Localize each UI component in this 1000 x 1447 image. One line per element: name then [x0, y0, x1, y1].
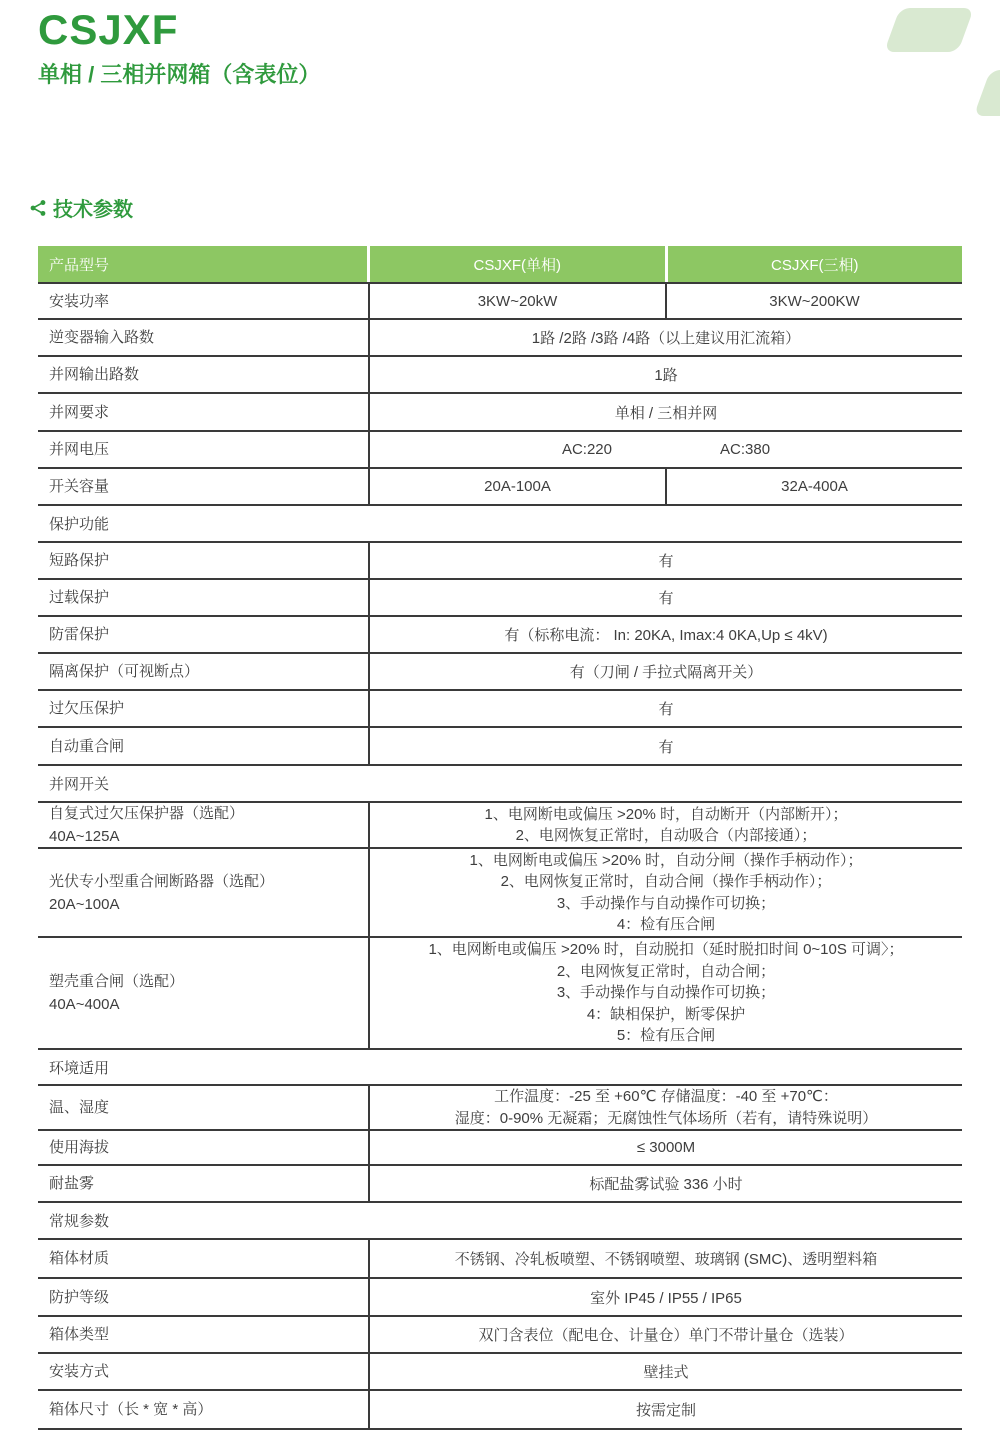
spec-label-line: 箱体材质	[49, 1247, 368, 1270]
spec-value: 双门含表位（配电仓、计量仓）单门不带计量仓（选装）	[370, 1317, 962, 1352]
spec-section-label: 保护功能	[38, 506, 962, 541]
spec-table-header-row: 产品型号 CSJXF(单相) CSJXF(三相)	[38, 246, 962, 284]
spec-label-line: 开关容量	[49, 475, 368, 498]
spec-label-line: 光伏专小型重合闸断路器（选配）	[49, 870, 368, 893]
spec-row: 开关容量20A-100A32A-400A	[38, 469, 962, 506]
spec-row: 并网电压AC:220AC:380	[38, 432, 962, 469]
spec-value: 有	[370, 691, 962, 726]
spec-row: 塑壳重合闸（选配）40A~400A1、电网断电或偏压 >20% 时，自动脱扣（延…	[38, 938, 962, 1050]
header-cell-three-phase: CSJXF(三相)	[668, 246, 963, 282]
spec-label-line: 40A~125A	[49, 825, 368, 848]
spec-value-three-phase: 3KW~200KW	[665, 284, 962, 318]
spec-value-line: 3、手动操作与自动操作可切换；	[557, 893, 775, 915]
spec-row: 逆变器输入路数1路 /2路 /3路 /4路（以上建议用汇流箱）	[38, 320, 962, 357]
spec-section-row: 常规参数	[38, 1203, 962, 1240]
spec-label-line: 20A~100A	[49, 893, 368, 916]
spec-value: 有（刀闸 / 手拉式隔离开关）	[370, 654, 962, 689]
spec-value: 不锈钢、冷轧板喷塑、不锈钢喷塑、玻璃钢 (SMC)、透明塑料箱	[370, 1240, 962, 1277]
spec-value-single-phase: AC:220	[562, 441, 612, 458]
spec-row: 过欠压保护有	[38, 691, 962, 728]
spec-value: 有	[370, 543, 962, 578]
spec-label-line: 安装方式	[49, 1360, 368, 1383]
spec-label-line: 并网电压	[49, 438, 368, 461]
spec-value: 室外 IP45 / IP55 / IP65	[370, 1279, 962, 1315]
spec-value-line: 工作温度：-25 至 +60℃ 存储温度：-40 至 +70℃：	[494, 1086, 838, 1108]
spec-value: 有	[370, 728, 962, 764]
spec-section-row: 并网开关	[38, 766, 962, 803]
spec-label: 过欠压保护	[38, 691, 370, 726]
spec-label: 箱体材质	[38, 1240, 370, 1277]
spec-row: 防雷保护有（标称电流： In: 20KA, Imax:4 0KA,Up ≤ 4k…	[38, 617, 962, 654]
spec-label: 箱体尺寸（长 * 宽 * 高）	[38, 1391, 370, 1428]
spec-row: 自动重合闸有	[38, 728, 962, 766]
spec-value-three-phase: 32A-400A	[665, 469, 962, 504]
page-title: CSJXF	[38, 6, 178, 54]
spec-label: 箱体类型	[38, 1317, 370, 1352]
spec-value-line: 1、电网断电或偏压 >20% 时，自动脱扣（延时脱扣时间 0~10S 可调〉；	[428, 939, 903, 961]
spec-label-line: 使用海拔	[49, 1136, 368, 1159]
spec-label-line: 过欠压保护	[49, 697, 368, 720]
spec-label: 自动重合闸	[38, 728, 370, 764]
spec-label-line: 防雷保护	[49, 623, 368, 646]
spec-value: 1路	[370, 357, 962, 392]
header-cell-single-phase: CSJXF(单相)	[370, 246, 668, 282]
spec-value: 按需定制	[370, 1391, 962, 1428]
spec-row: 并网要求单相 / 三相并网	[38, 394, 962, 432]
spec-label: 过载保护	[38, 580, 370, 615]
spec-label-line: 防护等级	[49, 1286, 368, 1309]
spec-row: 隔离保护（可视断点）有（刀闸 / 手拉式隔离开关）	[38, 654, 962, 691]
spec-label-line: 耐盐雾	[49, 1172, 368, 1195]
spec-value-single-phase: 3KW~20kW	[370, 284, 665, 318]
spec-value: AC:220AC:380	[370, 432, 962, 467]
spec-value-line: 3、手动操作与自动操作可切换；	[557, 982, 775, 1004]
spec-label-line: 并网要求	[49, 401, 368, 424]
spec-section-label: 并网开关	[38, 766, 962, 801]
spec-value: 标配盐雾试验 336 小时	[370, 1166, 962, 1201]
spec-label-line: 箱体尺寸（长 * 宽 * 高）	[49, 1398, 368, 1421]
spec-label: 隔离保护（可视断点）	[38, 654, 370, 689]
spec-section-label: 环境适用	[38, 1050, 962, 1084]
spec-label-line: 短路保护	[49, 549, 368, 572]
spec-label: 防雷保护	[38, 617, 370, 652]
spec-value-line: 1、电网断电或偏压 >20% 时，自动断开（内部断开）；	[485, 804, 848, 826]
spec-label-line: 塑壳重合闸（选配）	[49, 970, 368, 993]
spec-row: 使用海拔≤ 3000M	[38, 1131, 962, 1166]
spec-section-label: 常规参数	[38, 1203, 962, 1238]
spec-value: 有（标称电流： In: 20KA, Imax:4 0KA,Up ≤ 4kV)	[370, 617, 962, 652]
spec-label-line: 箱体类型	[49, 1323, 368, 1346]
spec-label: 使用海拔	[38, 1131, 370, 1164]
spec-label: 温、湿度	[38, 1086, 370, 1129]
spec-label: 并网电压	[38, 432, 370, 467]
spec-label: 安装方式	[38, 1354, 370, 1389]
spec-label: 耐盐雾	[38, 1166, 370, 1201]
spec-value-line: 2、电网恢复正常时，自动合闸（操作手柄动作）；	[501, 871, 832, 893]
spec-label: 开关容量	[38, 469, 370, 504]
spec-row: 过载保护有	[38, 580, 962, 617]
decorative-parallelogram-bottom	[974, 70, 1000, 116]
spec-label: 光伏专小型重合闸断路器（选配）20A~100A	[38, 849, 370, 936]
spec-value: 1、电网断电或偏压 >20% 时，自动脱扣（延时脱扣时间 0~10S 可调〉；2…	[370, 938, 962, 1048]
spec-label: 短路保护	[38, 543, 370, 578]
spec-table-body: 安装功率3KW~20kW3KW~200KW逆变器输入路数1路 /2路 /3路 /…	[38, 284, 962, 1430]
spec-value-line: 4：检有压合闸	[617, 914, 715, 936]
spec-label: 并网要求	[38, 394, 370, 430]
spec-label-line: 逆变器输入路数	[49, 326, 368, 349]
spec-value-line: 湿度：0-90% 无凝霜；无腐蚀性气体场所（若有，请特殊说明）	[455, 1108, 878, 1130]
spec-row: 耐盐雾标配盐雾试验 336 小时	[38, 1166, 962, 1203]
spec-value-line: 4：缺相保护，断零保护	[587, 1004, 745, 1026]
page-subtitle: 单相 / 三相并网箱（含表位）	[38, 58, 320, 89]
section-heading-label: 技术参数	[53, 193, 133, 222]
spec-label: 防护等级	[38, 1279, 370, 1315]
spec-row: 防护等级室外 IP45 / IP55 / IP65	[38, 1279, 962, 1317]
spec-value-line: 1、电网断电或偏压 >20% 时，自动分闸（操作手柄动作）；	[470, 850, 863, 872]
spec-row: 并网输出路数1路	[38, 357, 962, 394]
header-cell-product-model: 产品型号	[38, 246, 370, 282]
spec-row: 光伏专小型重合闸断路器（选配）20A~100A1、电网断电或偏压 >20% 时，…	[38, 849, 962, 938]
spec-label-line: 并网输出路数	[49, 363, 368, 386]
spec-label-line: 安装功率	[49, 290, 368, 313]
spec-value: 1、电网断电或偏压 >20% 时，自动断开（内部断开）；2、电网恢复正常时，自动…	[370, 803, 962, 847]
spec-label: 自复式过欠压保护器（选配）40A~125A	[38, 803, 370, 847]
spec-value: 有	[370, 580, 962, 615]
spec-section-row: 保护功能	[38, 506, 962, 543]
spec-value: 工作温度：-25 至 +60℃ 存储温度：-40 至 +70℃：湿度：0-90%…	[370, 1086, 962, 1129]
spec-value-line: 2、电网恢复正常时，自动合闸；	[557, 961, 775, 983]
spec-value-line: 2、电网恢复正常时，自动吸合（内部接通）；	[516, 825, 817, 847]
spec-label-line: 隔离保护（可视断点）	[49, 660, 368, 683]
spec-label-line: 自复式过欠压保护器（选配）	[49, 802, 368, 825]
spec-label: 塑壳重合闸（选配）40A~400A	[38, 938, 370, 1048]
share-nodes-icon	[29, 199, 47, 217]
spec-label: 并网输出路数	[38, 357, 370, 392]
spec-value: 单相 / 三相并网	[370, 394, 962, 430]
section-heading: 技术参数	[29, 193, 133, 222]
spec-row: 箱体尺寸（长 * 宽 * 高）按需定制	[38, 1391, 962, 1430]
decorative-parallelogram-top	[884, 8, 974, 52]
spec-value-line: 5：检有压合闸	[617, 1025, 715, 1047]
spec-row: 箱体类型双门含表位（配电仓、计量仓）单门不带计量仓（选装）	[38, 1317, 962, 1354]
spec-label-line: 40A~400A	[49, 993, 368, 1016]
spec-value-three-phase: AC:380	[720, 441, 770, 458]
spec-row: 箱体材质不锈钢、冷轧板喷塑、不锈钢喷塑、玻璃钢 (SMC)、透明塑料箱	[38, 1240, 962, 1279]
spec-label-line: 过载保护	[49, 586, 368, 609]
spec-value: 1路 /2路 /3路 /4路（以上建议用汇流箱）	[370, 320, 962, 355]
spec-row: 安装方式壁挂式	[38, 1354, 962, 1391]
spec-row: 短路保护有	[38, 543, 962, 580]
spec-label: 安装功率	[38, 284, 370, 318]
spec-label: 逆变器输入路数	[38, 320, 370, 355]
spec-row: 自复式过欠压保护器（选配）40A~125A1、电网断电或偏压 >20% 时，自动…	[38, 803, 962, 849]
spec-value: 1、电网断电或偏压 >20% 时，自动分闸（操作手柄动作）；2、电网恢复正常时，…	[370, 849, 962, 936]
spec-label-line: 温、湿度	[49, 1096, 368, 1119]
spec-value: ≤ 3000M	[370, 1131, 962, 1164]
spec-row: 温、湿度工作温度：-25 至 +60℃ 存储温度：-40 至 +70℃：湿度：0…	[38, 1086, 962, 1131]
spec-row: 安装功率3KW~20kW3KW~200KW	[38, 284, 962, 320]
spec-section-row: 环境适用	[38, 1050, 962, 1086]
spec-table: 产品型号 CSJXF(单相) CSJXF(三相) 安装功率3KW~20kW3KW…	[38, 246, 962, 1430]
spec-value: 壁挂式	[370, 1354, 962, 1389]
spec-label-line: 自动重合闸	[49, 735, 368, 758]
spec-value-single-phase: 20A-100A	[370, 469, 665, 504]
